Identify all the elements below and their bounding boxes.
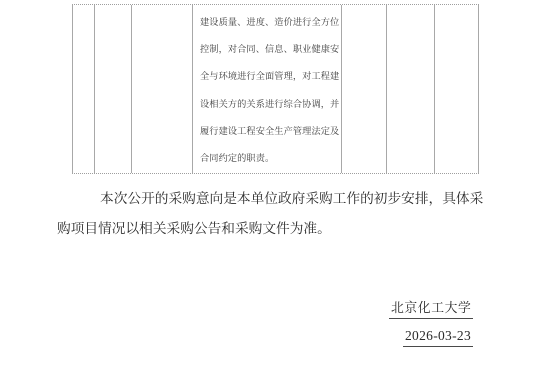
duty-description-cell: 建设质量、进度、造价进行全方位 控制，对合同、信息、职业健康安 全与环境进行全面… xyxy=(193,5,342,173)
table-cell-empty-6 xyxy=(387,5,435,173)
duty-line: 设相关方的关系进行综合协调，并 xyxy=(200,91,341,118)
table-cell-empty-7 xyxy=(435,5,479,173)
duty-line: 控制，对合同、信息、职业健康安 xyxy=(200,36,341,63)
duty-line: 合同约定的职责。 xyxy=(200,145,341,172)
signature-date: 2026-03-23 xyxy=(403,328,473,347)
table-cell-empty-1 xyxy=(73,5,95,173)
procurement-table: 建设质量、进度、造价进行全方位 控制，对合同、信息、职业健康安 全与环境进行全面… xyxy=(72,4,479,174)
signature-organization: 北京化工大学 xyxy=(389,297,473,319)
duty-line: 履行建设工程安全生产管理法定及 xyxy=(200,118,341,145)
table-cell-empty-2 xyxy=(95,5,132,173)
duty-line: 全与环境进行全面管理，对工程建 xyxy=(200,63,341,90)
table-cell-empty-3 xyxy=(132,5,193,173)
duty-line: 建设质量、进度、造价进行全方位 xyxy=(200,9,341,36)
document-page: 建设质量、进度、造价进行全方位 控制，对合同、信息、职业健康安 全与环境进行全面… xyxy=(0,0,554,381)
table-cell-empty-5 xyxy=(342,5,387,173)
note-paragraph: 本次公开的采购意向是本单位政府采购工作的初步安排，具体采购项目情况以相关采购公告… xyxy=(57,184,488,244)
